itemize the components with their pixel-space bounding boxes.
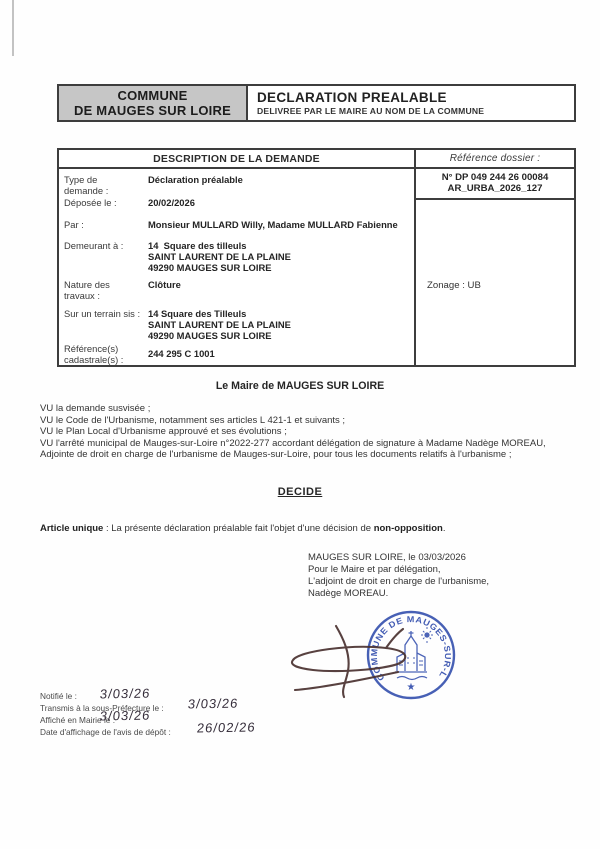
maire-title: Le Maire de MAUGES SUR LOIRE: [0, 380, 600, 392]
article-unique-line: Article unique : La présente déclaration…: [40, 523, 575, 534]
row-value: Monsieur MULLARD Willy, Madame MULLARD F…: [148, 219, 410, 230]
document-subtitle: DELIVREE PAR LE MAIRE AU NOM DE LA COMMU…: [257, 106, 574, 116]
table-row: Par : Monsieur MULLARD Willy, Madame MUL…: [64, 219, 410, 230]
row-value: Déclaration préalable: [148, 174, 410, 196]
article-end: .: [443, 523, 446, 534]
row-label: Sur un terrain sis :: [64, 308, 148, 341]
title-box: DECLARATION PREALABLE DELIVREE PAR LE MA…: [248, 86, 574, 120]
demande-table-left-column: DESCRIPTION DE LA DEMANDE Type de demand…: [59, 150, 416, 365]
table-row: Référence(s) cadastrale(s) : 244 295 C 1…: [64, 343, 410, 365]
demande-table: DESCRIPTION DE LA DEMANDE Type de demand…: [57, 148, 576, 367]
commune-box: COMMUNE DE MAUGES SUR LOIRE: [59, 86, 248, 120]
row-label: Demeurant à :: [64, 240, 148, 273]
table-row: Déposée le : 20/02/2026: [64, 197, 410, 208]
row-label: Référence(s) cadastrale(s) :: [64, 343, 148, 365]
table-row: Demeurant à : 14 Square des tilleuls SAI…: [64, 240, 410, 273]
commune-line2: DE MAUGES SUR LOIRE: [74, 103, 231, 118]
depot-handwritten-date: 26/02/26: [196, 719, 256, 735]
table-left-header: DESCRIPTION DE LA DEMANDE: [59, 150, 414, 169]
table-rows: Type de demande : Déclaration préalable …: [59, 169, 414, 365]
signature-delegation-line: Pour le Maire et par délégation,: [308, 564, 489, 576]
scanned-document-page: COMMUNE DE MAUGES SUR LOIRE DECLARATION …: [0, 0, 600, 849]
signature-place-date: MAUGES SUR LOIRE, le 03/03/2026: [308, 552, 489, 564]
affiche-handwritten-date: 3/03/26: [99, 708, 151, 724]
demande-table-right-column: Référence dossier : N° DP 049 244 26 000…: [416, 150, 574, 365]
row-label: Type de demande :: [64, 174, 148, 196]
row-value: 14 Square des tilleuls SAINT LAURENT DE …: [148, 240, 410, 273]
table-right-header: Référence dossier :: [416, 150, 574, 169]
row-label: Déposée le :: [64, 197, 148, 208]
scan-artifact-line: [12, 0, 14, 56]
handwritten-signature: [281, 616, 446, 708]
table-row: Type de demande : Déclaration préalable: [64, 174, 410, 196]
document-title: DECLARATION PREALABLE: [257, 90, 574, 105]
row-label: Par :: [64, 219, 148, 230]
vu-item: VU le Plan Local d'Urbanisme approuvé et…: [40, 426, 572, 438]
article-label: Article unique: [40, 523, 103, 534]
article-text: : La présente déclaration préalable fait…: [103, 523, 373, 534]
vu-item: VU la demande susvisée ;: [40, 403, 572, 415]
zonage-value: Zonage : UB: [416, 280, 574, 291]
row-value: 14 Square des Tilleuls SAINT LAURENT DE …: [148, 308, 410, 341]
article-emphasis: non-opposition: [374, 523, 443, 534]
vu-item: VU le Code de l'Urbanisme, notamment ses…: [40, 415, 572, 427]
table-row: Nature des travaux : Clôture: [64, 279, 410, 301]
document-header: COMMUNE DE MAUGES SUR LOIRE DECLARATION …: [57, 84, 576, 122]
table-row: Sur un terrain sis : 14 Square des Tille…: [64, 308, 410, 341]
transmis-handwritten-date: 3/03/26: [187, 696, 239, 712]
decide-title: DECIDE: [0, 486, 600, 498]
commune-line1: COMMUNE: [117, 88, 187, 103]
row-value: 244 295 C 1001: [148, 343, 410, 365]
dossier-number: N° DP 049 244 26 00084 AR_URBA_2026_127: [416, 169, 574, 200]
row-label: Nature des travaux :: [64, 279, 148, 301]
vu-item: VU l'arrêté municipal de Mauges-sur-Loir…: [40, 438, 572, 461]
vu-block: VU la demande susvisée ; VU le Code de l…: [40, 403, 572, 461]
notifie-handwritten-date: 3/03/26: [99, 686, 151, 702]
row-value: 20/02/2026: [148, 197, 410, 208]
depot-label: Date d'affichage de l'avis de dépôt :: [40, 726, 171, 738]
row-value: Clôture: [148, 279, 410, 301]
